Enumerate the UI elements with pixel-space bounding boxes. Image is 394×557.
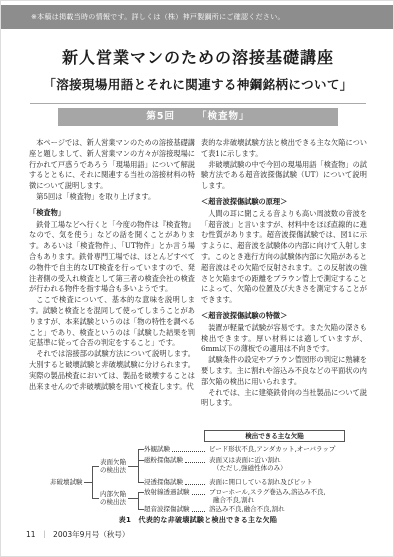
right-column: 表的な非破壊試験方法と検出できる主な欠陥について表1に示します。 非破壊試験の中… [201, 138, 367, 426]
issue-label: 2003年9月号（秋号） [53, 530, 129, 539]
topic-label: 「検査物」 [197, 111, 250, 122]
tree-root-label: 非破壊試験 [50, 478, 83, 486]
page-title: 新人営業マンのための溶接基礎講座 [1, 45, 394, 68]
page-subtitle: 「溶接現場用語とそれに関連する神鋼銘柄について」 [1, 75, 394, 93]
test-name-row: 超音波探傷試験 [144, 505, 206, 513]
group-internal-label: 内部欠陥 の検出法 [100, 490, 126, 506]
dotted-leader [185, 462, 205, 463]
footer-separator: ｜ [41, 530, 49, 539]
tree-line [128, 466, 138, 467]
dotted-leader [172, 451, 205, 452]
section-heading-kensamono: 「検査物」 [29, 208, 195, 219]
dotted-leader [192, 494, 206, 495]
table-caption: 表1 代表的な非破壊試験と検出できる主な欠陥 [1, 515, 394, 525]
defect-cell: 表面又は表面に近い割れ （ただし,強磁性体のみ） [209, 456, 366, 472]
episode-label: 第5回 [146, 111, 175, 122]
group-surface-label: 表面欠陥 の検出法 [100, 458, 126, 474]
title-divider [30, 103, 366, 104]
heading-ut-principle: ＜超音波探傷試験の原理＞ [201, 197, 367, 208]
tree-line [138, 449, 139, 483]
defect-column-header: 検出できる主な欠陥 [204, 430, 345, 442]
tree-line [128, 498, 138, 499]
left-column: 本ページでは、新人営業マンのための溶接基礎講座と題しまして、新人営業マンの方々が… [29, 138, 195, 426]
paragraph: 装置が軽量で試験が容易です。また欠陥の深さも検出できます。厚い材料には適していま… [201, 323, 367, 355]
paragraph: 表的な非破壊試験方法と検出できる主な欠陥について表1に示します。 [201, 138, 367, 160]
test-name-row: 放射線透過試験 [144, 488, 206, 496]
page-number: 11 [26, 530, 36, 539]
page-footer: 11｜2003年9月号（秋号） [26, 529, 129, 540]
test-name-row: 磁粉探傷試験 [144, 456, 206, 464]
test-name-row: 浸透探傷試験 [144, 478, 206, 486]
paragraph: 非破壊試験の中で今回の現場用語「検査物」の試験方法である超音波探傷試験（UT）に… [201, 160, 367, 192]
notice-bar: ※本稿は掲載当時の情報です。詳しくは（株）神戸製鋼所にご確認ください。 [1, 5, 394, 29]
paragraph: ここで検査について、基本的な意味を説明します。試験と検査とを混同して使ってしまう… [29, 295, 195, 349]
tree-line [92, 498, 99, 499]
paragraph: それでは、主に建築鉄骨向の当社製品について説明します。 [201, 388, 367, 410]
defect-cell: 溶込み不良,融合不良,割れ [209, 505, 366, 513]
tree-line [92, 466, 93, 499]
heading-ut-features: ＜超音波探傷試験の特徴＞ [201, 311, 367, 322]
article-body: 本ページでは、新人営業マンのための溶接基礎講座と題しまして、新人営業マンの方々が… [29, 138, 367, 426]
test-name-row: 外観試験 [144, 445, 206, 453]
ndt-tree-diagram: 検出できる主な欠陥 非破壊試験 表面欠陥 の検出法 内部欠陥 の検出法 外観試験… [28, 430, 368, 520]
document-page: ※本稿は掲載当時の情報です。詳しくは（株）神戸製鋼所にご確認ください。 新人営業… [0, 0, 394, 557]
dotted-leader [185, 484, 205, 485]
paragraph: 本ページでは、新人営業マンのための溶接基礎講座と題しまして、新人営業マンの方々が… [29, 138, 195, 192]
defect-cell: ブローホール,スラグ巻込み,溶込み不良, 融合不良,割れ [209, 488, 366, 504]
dotted-leader [192, 511, 206, 512]
paragraph: それでは溶接部の試験方法について説明します。大別すると破壊試験と非破壊試験に分け… [29, 349, 195, 392]
tree-line [138, 492, 139, 510]
paragraph: 人間の耳に聞こえる音よりも高い周波数の音波を「超音波」と言いますが、材料中をほぼ… [201, 209, 367, 306]
paragraph: 第5回は「検査物」を取り上げます。 [29, 192, 195, 203]
paragraph: 鉄骨工場などへ行くと「今度の物件は『検査物』なので、気を使う」などの話を聞くこと… [29, 220, 195, 296]
tree-line [92, 466, 99, 467]
paragraph: 試験条件の設定やブラウン管図形の判定に熟練を要します。主に割れや溶込み不良などの… [201, 355, 367, 387]
defect-cell: ビード形状不良,アンダカット,オーバラップ [209, 445, 366, 453]
section-bar: 第5回「検査物」 [58, 108, 338, 126]
defect-cell: 表面に開口している割れ及びピット [209, 478, 366, 486]
